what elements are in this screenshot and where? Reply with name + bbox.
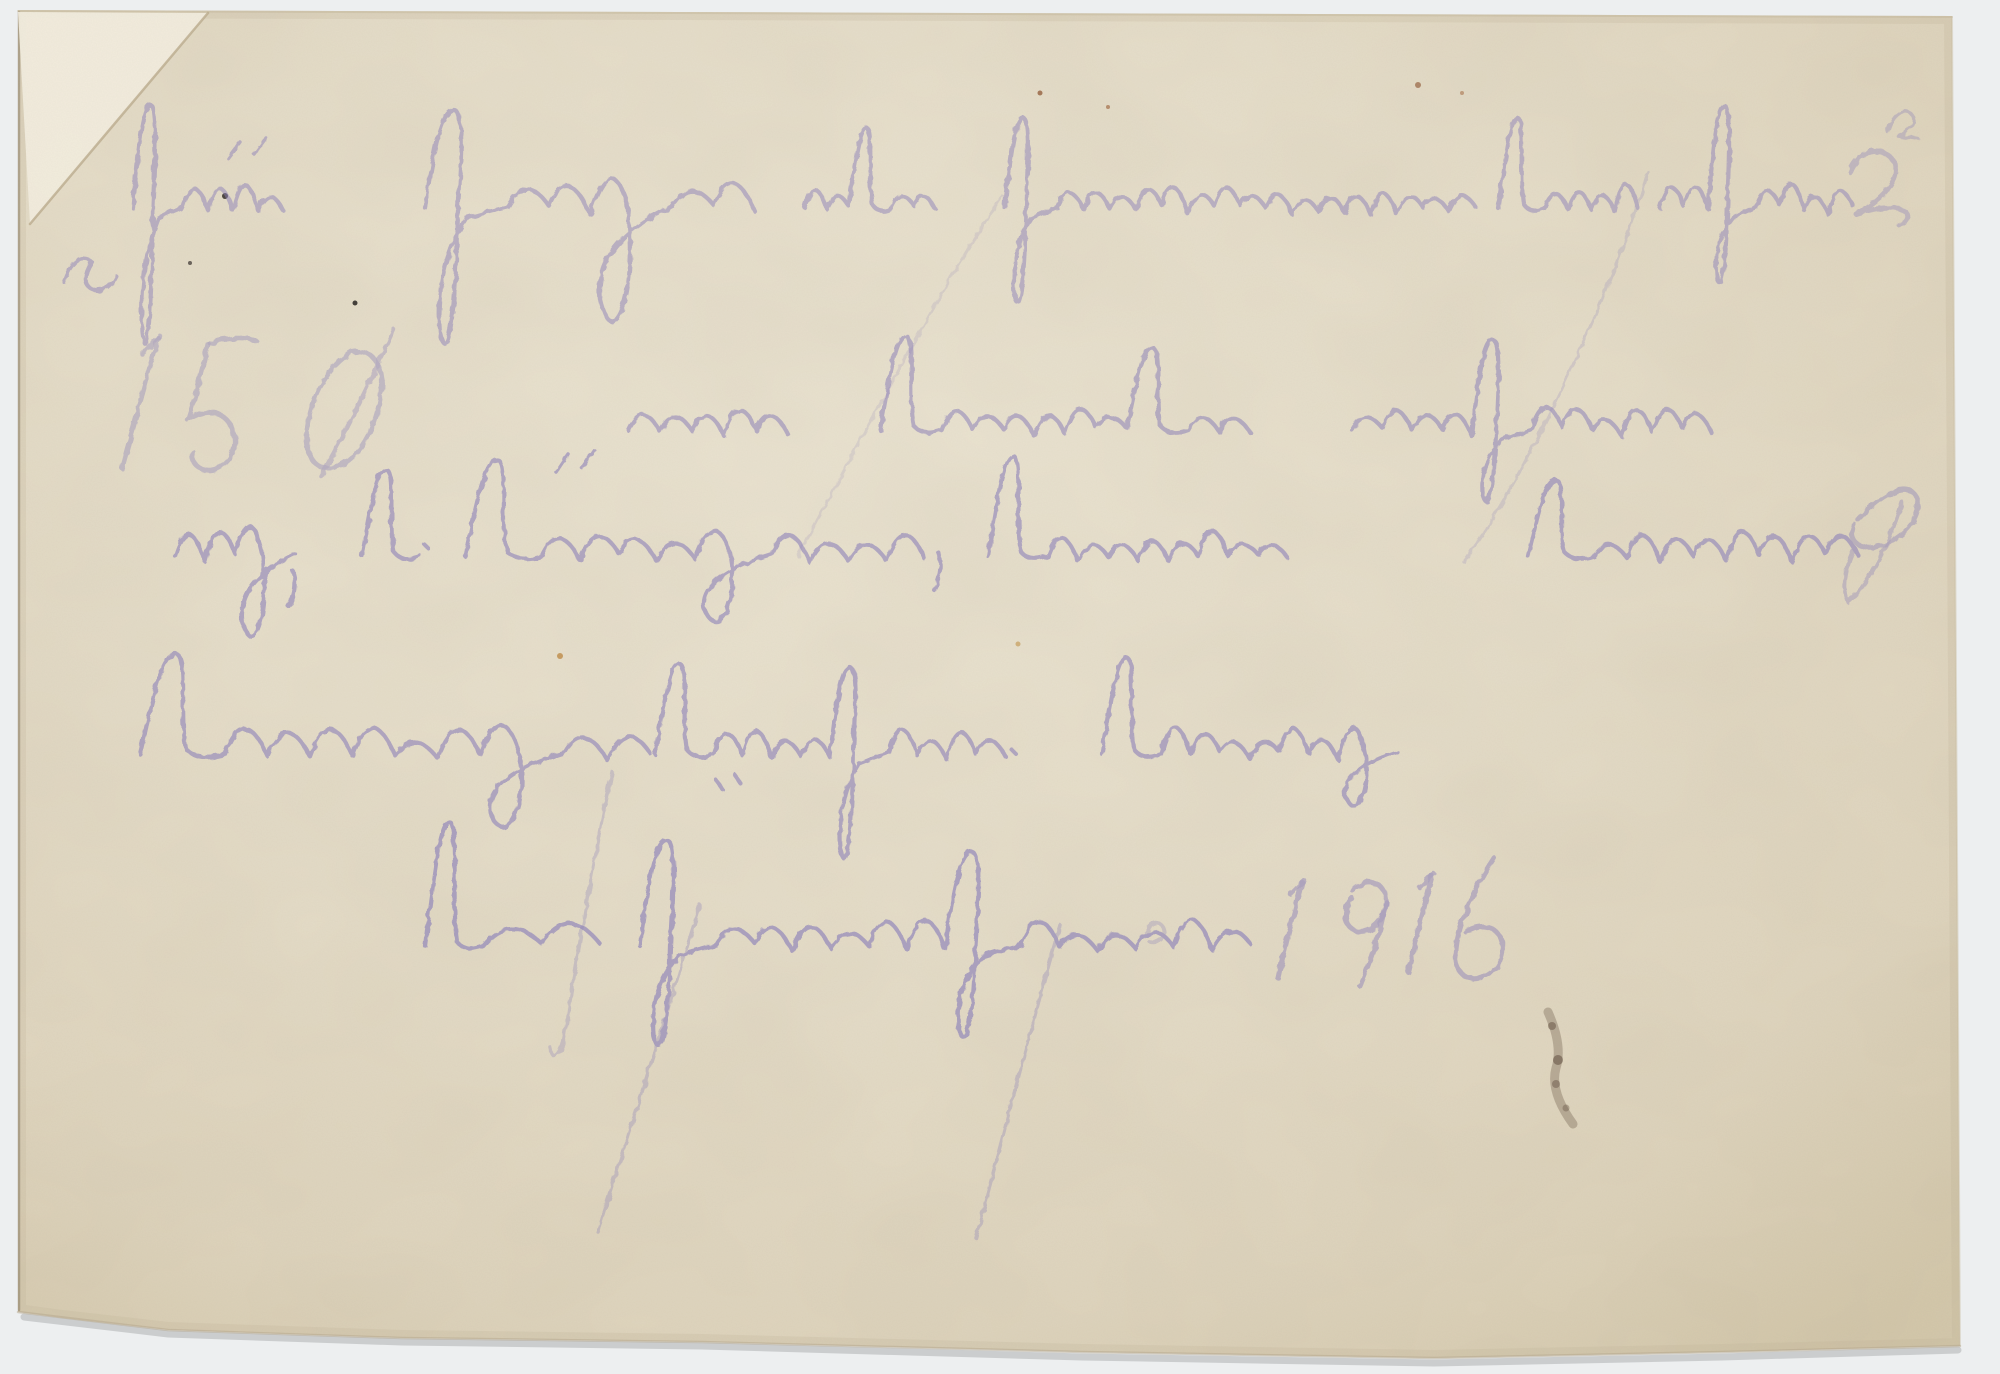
scan-viewport bbox=[0, 0, 2000, 1374]
paper-grain-texture bbox=[0, 0, 2000, 1374]
scanned-note bbox=[0, 0, 2000, 1374]
